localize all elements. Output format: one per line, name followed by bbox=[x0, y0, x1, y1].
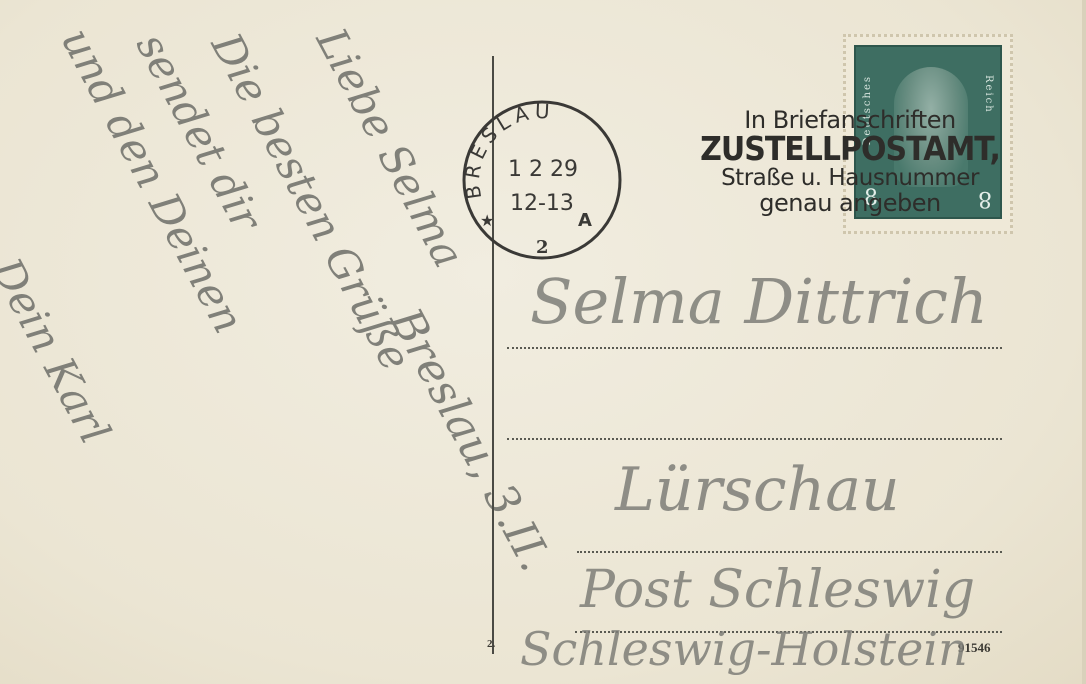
slogan-line-2: ZUSTELLPOSTAMT, bbox=[690, 132, 1010, 168]
message-line: Dein Karl bbox=[0, 250, 120, 452]
recipient-name: Selma Dittrich bbox=[530, 265, 988, 338]
svg-text:★: ★ bbox=[480, 213, 494, 230]
printer-mark: 2. bbox=[487, 638, 495, 650]
card-edge bbox=[1082, 0, 1086, 684]
slogan-cancel: In Briefanschriften ZUSTELLPOSTAMT, Stra… bbox=[690, 108, 1010, 217]
address-line-3 bbox=[577, 551, 1002, 553]
svg-text:BRESLAU: BRESLAU bbox=[460, 99, 555, 201]
svg-text:A: A bbox=[578, 210, 592, 231]
address-line-1 bbox=[507, 347, 1002, 349]
slogan-line-4: genau angeben bbox=[690, 191, 1010, 217]
postmark: BRESLAU 1 2 29 12-13 A 2 ★ bbox=[460, 98, 624, 262]
address-line-2 bbox=[507, 438, 1002, 440]
slogan-line-3: Straße u. Hausnummer bbox=[690, 166, 1010, 191]
svg-text:12-13: 12-13 bbox=[510, 191, 574, 216]
recipient-region: Schleswig-Holstein bbox=[520, 622, 968, 676]
postcard: Liebe Selma Die besten Grüße sendet dir … bbox=[0, 0, 1086, 684]
svg-text:1 2 29: 1 2 29 bbox=[508, 157, 578, 182]
recipient-post: Post Schleswig bbox=[580, 560, 975, 620]
svg-text:2: 2 bbox=[536, 237, 549, 258]
recipient-town: Lürschau bbox=[615, 455, 900, 525]
